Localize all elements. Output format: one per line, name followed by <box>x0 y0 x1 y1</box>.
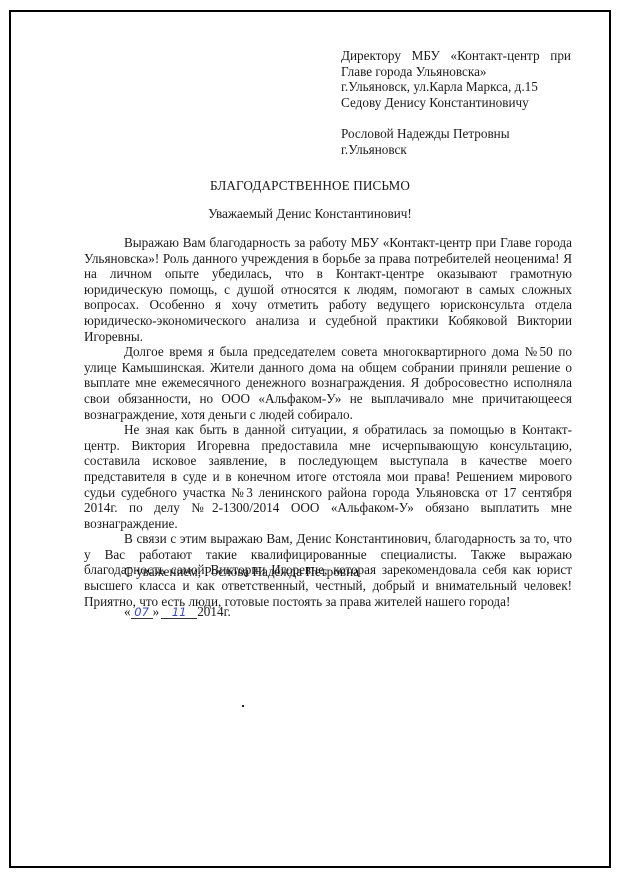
date-open-quote: « <box>124 604 131 619</box>
scan-speck <box>242 705 244 707</box>
date-year: 2014г. <box>197 604 231 619</box>
body-paragraph: Долгое время я была председателем совета… <box>84 344 572 422</box>
addressee-line-1: Директору МБУ «Контакт-центр при <box>341 48 571 64</box>
date-close-quote: » <box>153 604 160 619</box>
addressee-word: «Контакт-центр <box>451 48 540 64</box>
body-paragraph: Не зная как быть в данной ситуации, я об… <box>84 422 572 531</box>
letter-closing: С уважением, Рослова Надежда Петровна <box>124 564 359 580</box>
letter-title: БЛАГОДАРСТВЕННОЕ ПИСЬМО <box>0 178 620 194</box>
sender-city: г.Ульяновск <box>341 142 571 158</box>
addressee-name: Седову Денису Константиновичу <box>341 95 571 111</box>
letter-greeting: Уважаемый Денис Константинович! <box>0 206 620 222</box>
sender-name: Рословой Надежды Петровны <box>341 126 571 142</box>
addressee-word: МБУ <box>412 48 440 64</box>
date-month-handwritten: 11 <box>161 606 197 619</box>
letter-body: Выражаю Вам благодарность за работу МБУ … <box>84 235 572 609</box>
addressee-line-2: Главе города Ульяновска» <box>341 64 571 80</box>
addressee-block: Директору МБУ «Контакт-центр при Главе г… <box>341 48 571 157</box>
addressee-word: Директору <box>341 48 401 64</box>
body-paragraph: Выражаю Вам благодарность за работу МБУ … <box>84 235 572 344</box>
addressee-address: г.Ульяновск, ул.Карла Маркса, д.15 <box>341 79 571 95</box>
letter-date: «07»112014г. <box>124 604 231 620</box>
date-day-handwritten: 07 <box>131 606 153 619</box>
addressee-word: при <box>550 48 571 64</box>
